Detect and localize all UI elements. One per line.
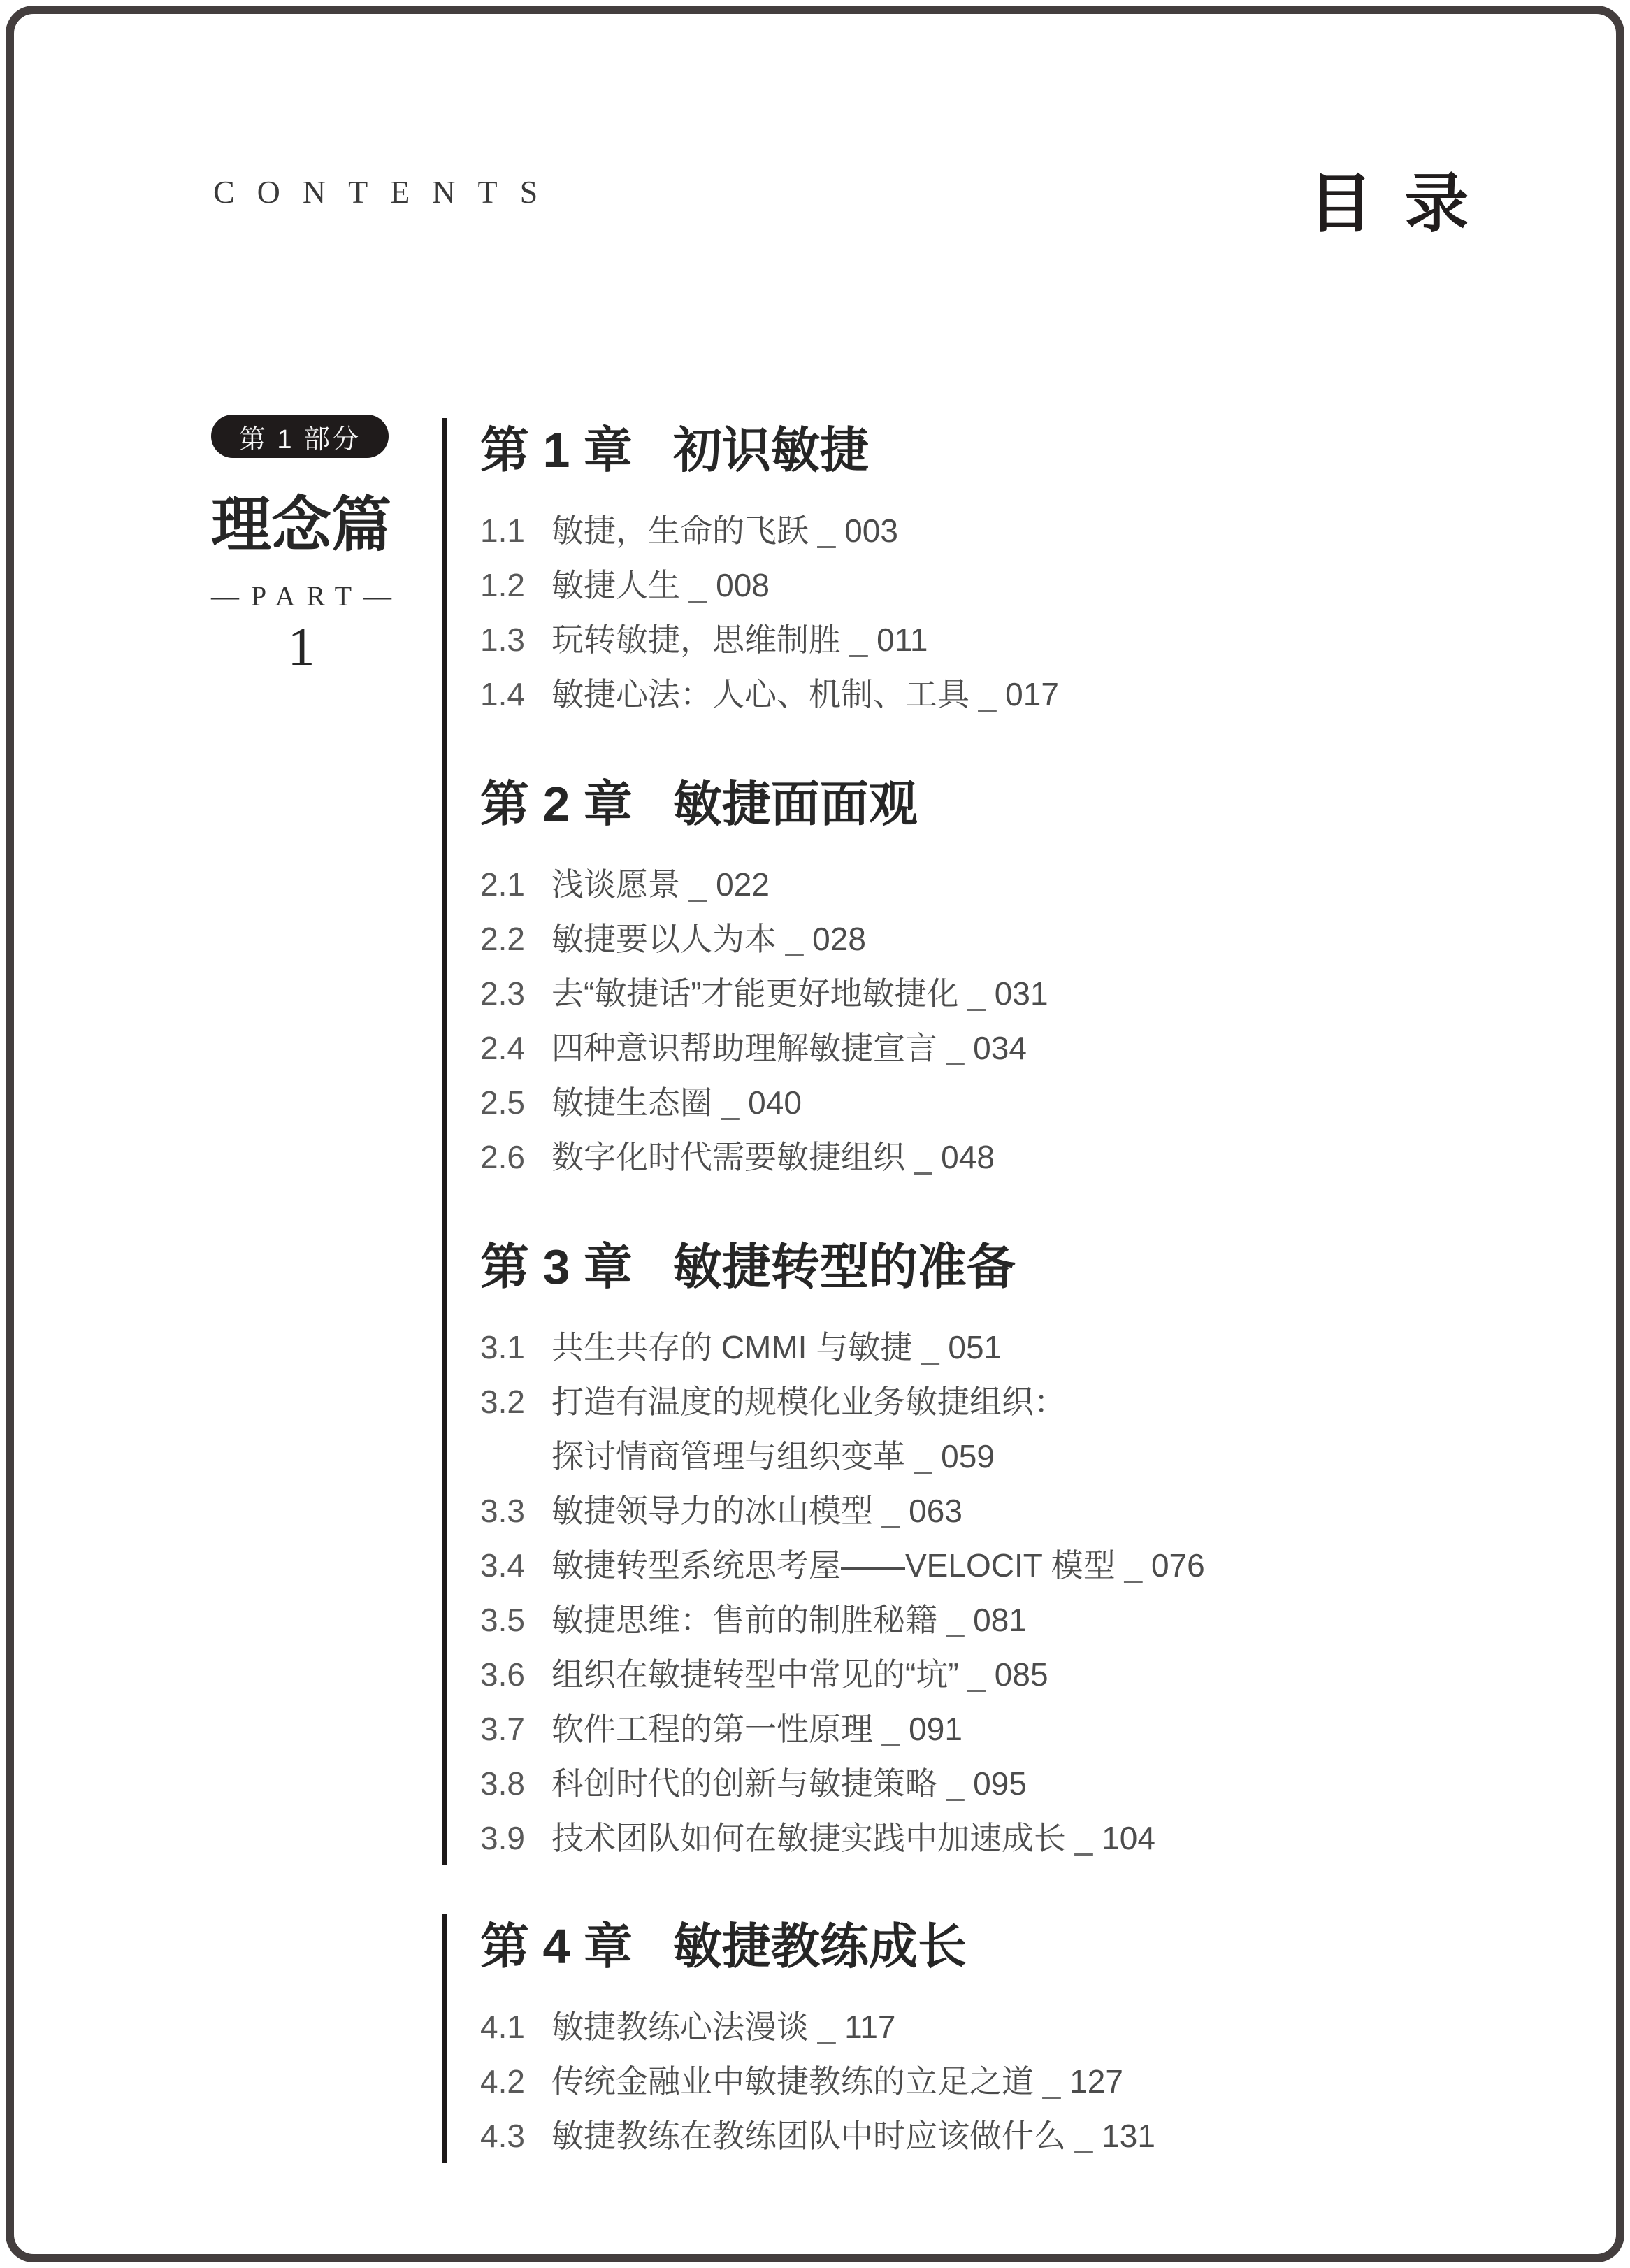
part-dash-left: — <box>211 580 239 612</box>
toc-item-line: 敏捷生态圈 _ 040 <box>551 1075 1470 1130</box>
separator-underscore: _ <box>689 567 707 603</box>
toc-item-number: 3.5 <box>480 1593 551 1647</box>
toc-item: 4.3敏捷教练在教练团队中时应该做什么 _ 131 <box>480 2109 1470 2163</box>
toc-item-number: 2.3 <box>480 966 551 1021</box>
toc-item-line: 去“敏捷话”才能更好地敏捷化 _ 031 <box>551 966 1470 1021</box>
toc-item-number: 3.3 <box>480 1484 551 1538</box>
toc-item-line: 打造有温度的规模化业务敏捷组织： <box>551 1375 1470 1429</box>
toc-item-line: 数字化时代需要敏捷组织 _ 048 <box>551 1130 1470 1184</box>
toc-item: 3.5敏捷思维：售前的制胜秘籍 _ 081 <box>480 1593 1470 1647</box>
toc-item-number: 3.1 <box>480 1320 551 1375</box>
separator-underscore: _ <box>882 1711 900 1747</box>
toc-item-title: 敏捷教练心法漫谈 _ 117 <box>551 2000 1470 2054</box>
separator-underscore: _ <box>921 1329 939 1365</box>
page-number: 095 <box>973 1765 1027 1802</box>
chapter-group: 第 4 章敏捷教练成长4.1敏捷教练心法漫谈 _ 1174.2传统金融业中敏捷教… <box>442 1914 1470 2163</box>
toc-item-title: 敏捷，生命的飞跃 _ 003 <box>551 503 1470 558</box>
toc-item-title: 软件工程的第一性原理 _ 091 <box>551 1702 1470 1756</box>
chapter-heading: 第 4 章敏捷教练成长 <box>480 1914 1470 1979</box>
chapter-title: 初识敏捷 <box>673 423 869 478</box>
toc-item-line: 组织在敏捷转型中常见的“坑” _ 085 <box>551 1647 1470 1702</box>
toc-item: 2.4四种意识帮助理解敏捷宣言 _ 034 <box>480 1021 1470 1075</box>
page-title: 目 录 <box>1308 152 1476 245</box>
page-number: 059 <box>941 1438 995 1474</box>
separator-underscore: _ <box>1043 2063 1061 2100</box>
page-number: 091 <box>909 1711 962 1747</box>
toc-item-title: 浅谈愿景 _ 022 <box>551 857 1470 912</box>
part-number: 1 <box>211 615 391 678</box>
chapter: 第 2 章敏捷面面观2.1浅谈愿景 _ 0222.2敏捷要以人为本 _ 0282… <box>480 772 1470 1184</box>
toc-item: 3.3敏捷领导力的冰山模型 _ 063 <box>480 1484 1470 1538</box>
toc-item-title: 敏捷生态圈 _ 040 <box>551 1075 1470 1130</box>
toc-item: 3.1共生共存的 CMMI 与敏捷 _ 051 <box>480 1320 1470 1375</box>
toc-item: 3.6组织在敏捷转型中常见的“坑” _ 085 <box>480 1647 1470 1702</box>
page-number: 127 <box>1069 2063 1123 2100</box>
toc-item: 1.3玩转敏捷，思维制胜 _ 011 <box>480 612 1470 667</box>
separator-underscore: _ <box>967 1656 986 1693</box>
separator-underscore: _ <box>914 1438 932 1474</box>
toc-item: 3.9技术团队如何在敏捷实践中加速成长 _ 104 <box>480 1811 1470 1865</box>
separator-underscore: _ <box>1125 1547 1143 1584</box>
toc-item-line: 敏捷教练在教练团队中时应该做什么 _ 131 <box>551 2109 1470 2163</box>
toc-item-line: 敏捷心法：人心、机制、工具 _ 017 <box>551 667 1470 722</box>
toc-item-line: 共生共存的 CMMI 与敏捷 _ 051 <box>551 1320 1470 1375</box>
toc-item-number: 3.6 <box>480 1647 551 1702</box>
toc-item-title: 科创时代的创新与敏捷策略 _ 095 <box>551 1756 1470 1811</box>
page-number: 034 <box>973 1030 1027 1066</box>
toc-item: 3.4敏捷转型系统思考屋——VELOCIT 模型 _ 076 <box>480 1538 1470 1593</box>
toc-item-title: 敏捷人生 _ 008 <box>551 558 1470 612</box>
page-number: 003 <box>844 512 898 549</box>
toc-item-title: 敏捷要以人为本 _ 028 <box>551 912 1470 966</box>
separator-underscore: _ <box>967 975 986 1012</box>
toc-item-line: 四种意识帮助理解敏捷宣言 _ 034 <box>551 1021 1470 1075</box>
toc-item-number: 3.9 <box>480 1811 551 1865</box>
toc-item-number: 4.1 <box>480 2000 551 2054</box>
separator-underscore: _ <box>1075 1820 1093 1856</box>
toc-item-number: 1.2 <box>480 558 551 612</box>
page-number: 076 <box>1151 1547 1205 1584</box>
chapter-heading: 第 2 章敏捷面面观 <box>480 772 1470 836</box>
toc-item: 2.5敏捷生态圈 _ 040 <box>480 1075 1470 1130</box>
toc-item: 4.2传统金融业中敏捷教练的立足之道 _ 127 <box>480 2054 1470 2109</box>
page-number: 031 <box>995 975 1048 1012</box>
toc-item-number: 2.6 <box>480 1130 551 1184</box>
toc-item: 1.2敏捷人生 _ 008 <box>480 558 1470 612</box>
toc-item: 1.4敏捷心法：人心、机制、工具 _ 017 <box>480 667 1470 722</box>
toc-item-line: 探讨情商管理与组织变革 _ 059 <box>551 1429 1470 1484</box>
toc-item-line: 软件工程的第一性原理 _ 091 <box>551 1702 1470 1756</box>
toc-item-number: 4.3 <box>480 2109 551 2163</box>
page-number: 104 <box>1102 1820 1155 1856</box>
toc-item-title: 共生共存的 CMMI 与敏捷 _ 051 <box>551 1320 1470 1375</box>
chapters-column: 第 1 章初识敏捷1.1敏捷，生命的飞跃 _ 0031.2敏捷人生 _ 0081… <box>442 418 1470 2163</box>
part-word-row: — PART — <box>211 580 391 612</box>
toc-item-title: 组织在敏捷转型中常见的“坑” _ 085 <box>551 1647 1470 1702</box>
toc-item-title: 去“敏捷话”才能更好地敏捷化 _ 031 <box>551 966 1470 1021</box>
toc-item-number: 3.2 <box>480 1375 551 1429</box>
page-number: 117 <box>844 2009 895 2045</box>
separator-underscore: _ <box>689 866 707 903</box>
page-number: 063 <box>909 1493 962 1529</box>
page-number: 085 <box>995 1656 1048 1693</box>
toc-item: 3.7软件工程的第一性原理 _ 091 <box>480 1702 1470 1756</box>
toc-item-title: 技术团队如何在敏捷实践中加速成长 _ 104 <box>551 1811 1470 1865</box>
part-column: 第 1 部分 理念篇 — PART — 1 <box>211 415 391 678</box>
toc-item-line: 科创时代的创新与敏捷策略 _ 095 <box>551 1756 1470 1811</box>
toc-item-title: 敏捷教练在教练团队中时应该做什么 _ 131 <box>551 2109 1470 2163</box>
separator-underscore: _ <box>818 2009 836 2045</box>
toc-item-line: 敏捷，生命的飞跃 _ 003 <box>551 503 1470 558</box>
contents-label: CONTENTS <box>213 173 560 210</box>
page-number: 008 <box>716 567 770 603</box>
toc-item-title: 数字化时代需要敏捷组织 _ 048 <box>551 1130 1470 1184</box>
separator-underscore: _ <box>818 512 836 549</box>
toc-item-number: 2.1 <box>480 857 551 912</box>
toc-item: 4.1敏捷教练心法漫谈 _ 117 <box>480 2000 1470 2054</box>
toc-item-title: 传统金融业中敏捷教练的立足之道 _ 127 <box>551 2054 1470 2109</box>
toc-item: 1.1敏捷，生命的飞跃 _ 003 <box>480 503 1470 558</box>
chapter-number-label: 第 4 章 <box>480 1919 633 1974</box>
chapter-group: 第 1 章初识敏捷1.1敏捷，生命的飞跃 _ 0031.2敏捷人生 _ 0081… <box>442 418 1470 1865</box>
toc-item-number: 3.7 <box>480 1702 551 1756</box>
page-number: 017 <box>1005 676 1059 712</box>
toc-item-number: 4.2 <box>480 2054 551 2109</box>
toc-item-number: 3.4 <box>480 1538 551 1593</box>
toc-item-line: 玩转敏捷，思维制胜 _ 011 <box>551 612 1470 667</box>
chapter: 第 4 章敏捷教练成长4.1敏捷教练心法漫谈 _ 1174.2传统金融业中敏捷教… <box>480 1914 1470 2163</box>
separator-underscore: _ <box>914 1139 932 1175</box>
toc-item-number: 2.2 <box>480 912 551 966</box>
chapter-title: 敏捷教练成长 <box>673 1919 967 1974</box>
chapter-heading: 第 3 章敏捷转型的准备 <box>480 1235 1470 1299</box>
chapter-number-label: 第 1 章 <box>480 423 633 478</box>
separator-underscore: _ <box>721 1084 740 1121</box>
toc-item-line: 技术团队如何在敏捷实践中加速成长 _ 104 <box>551 1811 1470 1865</box>
chapter-title: 敏捷转型的准备 <box>673 1240 1016 1294</box>
toc-item-line: 敏捷人生 _ 008 <box>551 558 1470 612</box>
toc-item-line: 浅谈愿景 _ 022 <box>551 857 1470 912</box>
toc-item: 2.1浅谈愿景 _ 022 <box>480 857 1470 912</box>
toc-item: 2.2敏捷要以人为本 _ 028 <box>480 912 1470 966</box>
chapter-title: 敏捷面面观 <box>673 777 918 831</box>
separator-underscore: _ <box>946 1602 965 1638</box>
separator-underscore: _ <box>1075 2118 1093 2154</box>
separator-underscore: _ <box>946 1030 965 1066</box>
part-badge: 第 1 部分 <box>211 415 389 458</box>
toc-item-number: 3.8 <box>480 1756 551 1811</box>
chapter: 第 1 章初识敏捷1.1敏捷，生命的飞跃 _ 0031.2敏捷人生 _ 0081… <box>480 418 1470 722</box>
page-number: 048 <box>941 1139 995 1175</box>
page-number: 028 <box>812 921 866 957</box>
toc-item-number: 1.4 <box>480 667 551 722</box>
toc-item-line: 传统金融业中敏捷教练的立足之道 _ 127 <box>551 2054 1470 2109</box>
toc-item-line: 敏捷转型系统思考屋——VELOCIT 模型 _ 076 <box>551 1538 1470 1593</box>
toc-item-title: 敏捷转型系统思考屋——VELOCIT 模型 _ 076 <box>551 1538 1470 1593</box>
toc-item: 3.2打造有温度的规模化业务敏捷组织：探讨情商管理与组织变革 _ 059 <box>480 1375 1470 1484</box>
part-dash-right: — <box>363 580 391 612</box>
toc-item-title: 敏捷心法：人心、机制、工具 _ 017 <box>551 667 1470 722</box>
page-number: 131 <box>1102 2118 1155 2154</box>
toc-item-number: 2.4 <box>480 1021 551 1075</box>
page-number: 022 <box>716 866 770 903</box>
toc-item-title: 玩转敏捷，思维制胜 _ 011 <box>551 612 1470 667</box>
page-number: 051 <box>948 1329 1002 1365</box>
toc-item-line: 敏捷领导力的冰山模型 _ 063 <box>551 1484 1470 1538</box>
toc-item-title: 打造有温度的规模化业务敏捷组织：探讨情商管理与组织变革 _ 059 <box>551 1375 1470 1484</box>
toc-item: 3.8科创时代的创新与敏捷策略 _ 095 <box>480 1756 1470 1811</box>
page-number: 011 <box>877 622 928 658</box>
separator-underscore: _ <box>946 1765 965 1802</box>
chapter-number-label: 第 2 章 <box>480 777 633 831</box>
toc-item-title: 敏捷思维：售前的制胜秘籍 _ 081 <box>551 1593 1470 1647</box>
separator-underscore: _ <box>979 676 997 712</box>
toc-item-line: 敏捷教练心法漫谈 _ 117 <box>551 2000 1470 2054</box>
separator-underscore: _ <box>850 622 868 658</box>
chapter-number-label: 第 3 章 <box>480 1240 633 1294</box>
chapter: 第 3 章敏捷转型的准备3.1共生共存的 CMMI 与敏捷 _ 0513.2打造… <box>480 1235 1470 1865</box>
toc-item-number: 1.1 <box>480 503 551 558</box>
part-name: 理念篇 <box>211 476 391 563</box>
toc-item-title: 四种意识帮助理解敏捷宣言 _ 034 <box>551 1021 1470 1075</box>
toc-item-title: 敏捷领导力的冰山模型 _ 063 <box>551 1484 1470 1538</box>
toc-item-line: 敏捷思维：售前的制胜秘籍 _ 081 <box>551 1593 1470 1647</box>
toc-item: 2.3去“敏捷话”才能更好地敏捷化 _ 031 <box>480 966 1470 1021</box>
page-number: 081 <box>973 1602 1027 1638</box>
page-number: 040 <box>748 1084 802 1121</box>
toc-item-number: 1.3 <box>480 612 551 667</box>
toc-item-number: 2.5 <box>480 1075 551 1130</box>
separator-underscore: _ <box>882 1493 900 1529</box>
part-word: PART <box>240 580 363 612</box>
toc-item: 2.6数字化时代需要敏捷组织 _ 048 <box>480 1130 1470 1184</box>
separator-underscore: _ <box>786 921 804 957</box>
toc-item-line: 敏捷要以人为本 _ 028 <box>551 912 1470 966</box>
chapter-heading: 第 1 章初识敏捷 <box>480 418 1470 482</box>
